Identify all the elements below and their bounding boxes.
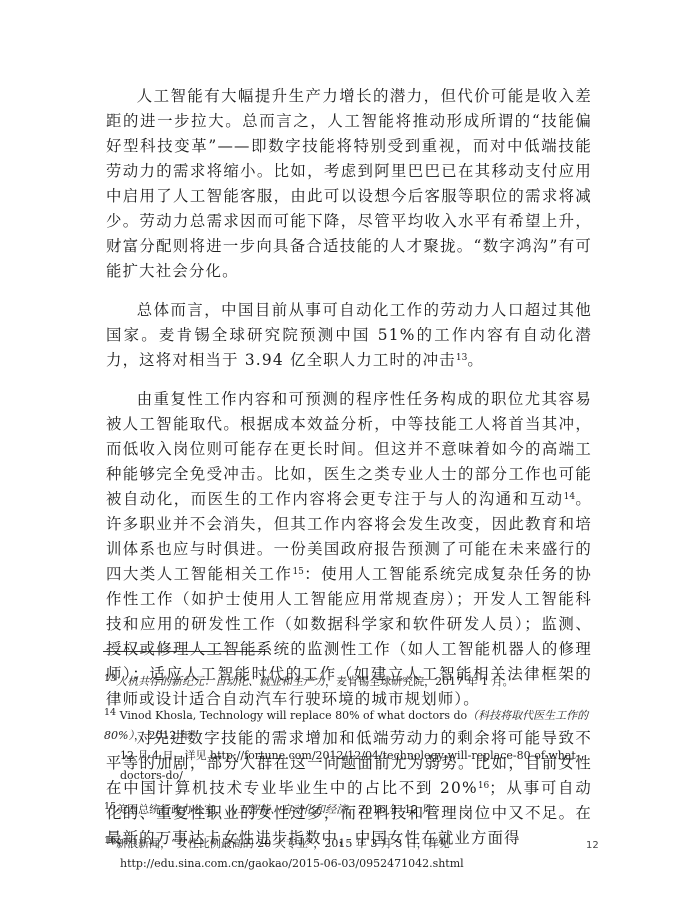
paragraph-3: 由重复性工作内容和可预测的程序性任务构成的职位尤其容易被人工智能取代。根据成本效… xyxy=(106,387,592,712)
footnote-mark: 13 xyxy=(104,673,116,684)
page-number: 12 xyxy=(586,840,599,851)
footnote-text: ，麦肯锡全球研究院，2017 年 1 月。 xyxy=(325,675,513,688)
document-page: 人工智能有大幅提升生产力增长的潜力，但代价可能是收入差距的进一步拉大。总而言之，… xyxy=(0,0,700,905)
footnote-text: ， 2012 年 xyxy=(134,729,191,742)
paragraph-text: 由重复性工作内容和可预测的程序性任务构成的职位尤其容易被人工智能取代。根据成本效… xyxy=(106,390,592,508)
footnote-14: 14 Vinod Khosla, Technology will replace… xyxy=(104,706,600,786)
footnotes: 13人机共存的新纪元：自动化、就业和生产力，麦肯锡全球研究院，2017 年 1 … xyxy=(104,672,600,888)
paragraph-text: 人工智能有大幅提升生产力增长的潜力，但代价可能是收入差距的进一步拉大。总而言之，… xyxy=(106,87,592,280)
footnote-ref-13[interactable]: 13 xyxy=(456,353,467,363)
footnote-text: 美国总统行政办公室， xyxy=(116,803,226,816)
footnote-13: 13人机共存的新纪元：自动化、就业和生产力，麦肯锡全球研究院，2017 年 1 … xyxy=(104,672,600,692)
footnote-mark: 14 xyxy=(104,707,116,718)
footnote-link[interactable]: http://edu.sina.com.cn/gaokao/2015-06-03… xyxy=(104,854,600,874)
footnote-link[interactable]: 12 月 4 日，详见 http://fortune.com/2012/12/0… xyxy=(104,746,600,786)
footnote-16: 16新浪新闻，“女性比例最高的 20 大专业”，2015 年 3 月 3 日，详… xyxy=(104,834,600,874)
paragraph-2: 总体而言，中国目前从事可自动化工作的劳动力人口超过其他国家。麦肯锡全球研究院预测… xyxy=(106,298,592,373)
paragraph-text: 总体而言，中国目前从事可自动化工作的劳动力人口超过其他国家。麦肯锡全球研究院预测… xyxy=(106,301,592,369)
paragraph-1: 人工智能有大幅提升生产力增长的潜力，但代价可能是收入差距的进一步拉大。总而言之，… xyxy=(106,84,592,284)
footnote-separator xyxy=(103,651,269,652)
footnote-ref-14[interactable]: 14 xyxy=(564,492,575,502)
footnote-text: 新浪新闻，“女性比例最高的 20 大专业”，2015 年 3 月 3 日，详见 xyxy=(116,837,450,850)
footnote-text: Vinod Khosla, Technology will replace 80… xyxy=(116,709,467,722)
paragraph-text: 。 xyxy=(467,351,484,369)
footnote-title: 人机共存的新纪元：自动化、就业和生产力 xyxy=(116,675,325,688)
footnote-15: 15美国总统行政办公室，人工智能、自动化和经济，2016 年 12 月。 xyxy=(104,800,600,820)
footnote-title: 人工智能、自动化和经济 xyxy=(226,803,347,816)
footnote-ref-15[interactable]: 15 xyxy=(292,567,303,577)
footnote-mark: 16 xyxy=(104,835,116,846)
footnote-text: ，2016 年 12 月。 xyxy=(347,803,443,816)
footnote-mark: 15 xyxy=(104,801,116,812)
